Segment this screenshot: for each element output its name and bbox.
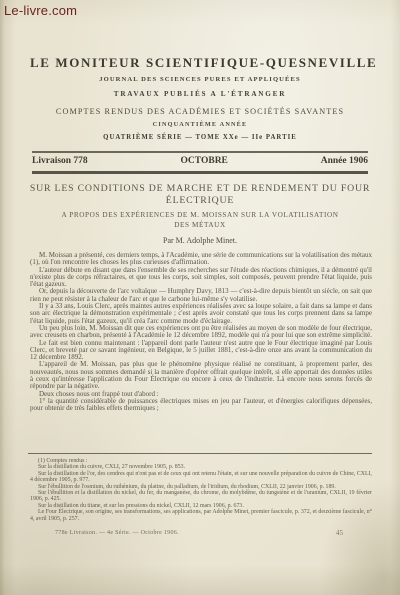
article-title-line2: ÉLECTRIQUE	[28, 195, 372, 207]
masthead: LE MONITEUR SCIENTIFIQUE-QUESNEVILLE JOU…	[30, 55, 370, 141]
thick-rule	[32, 171, 368, 174]
annee-line: CINQUANTIÈME ANNÉE	[30, 121, 370, 128]
paragraph: Le fait est bien connu maintenant : l'ap…	[30, 340, 372, 362]
top-rule	[32, 151, 368, 153]
footnote-line: Le Four Électrique, son origine, ses tra…	[30, 509, 372, 522]
page-number: 45	[336, 529, 343, 537]
paragraph: L'auteur débute en disant que dans l'ens…	[30, 267, 372, 289]
footnote-rule	[28, 453, 372, 454]
footer-issue-info: 778e Livraison. — 4e Série. — Octobre 19…	[55, 530, 179, 536]
journal-page: Le-livre.com LE MONITEUR SCIENTIFIQUE-QU…	[0, 0, 400, 595]
footnote-line: Sur l'ébullition et la distillation du n…	[30, 490, 372, 503]
journal-title: LE MONITEUR SCIENTIFIQUE-QUESNEVILLE	[30, 55, 370, 71]
paragraph: Un peu plus loin, M. Moissan dit que ces…	[30, 325, 372, 340]
paragraph: L'appareil de M. Moissan, pas plus que l…	[30, 361, 372, 390]
watermark-text: Le-livre.com	[4, 3, 77, 18]
paragraph: M. Moissan a présenté, ces derniers temp…	[30, 252, 372, 267]
article-title-line1: SUR LES CONDITIONS DE MARCHE ET DE RENDE…	[28, 183, 372, 195]
issue-month: OCTOBRE	[181, 156, 228, 166]
paragraph: 1° la quantité considérable de puissance…	[30, 398, 372, 413]
serie-line: QUATRIÈME SÉRIE — TOME XXe — IIe PARTIE	[30, 134, 370, 141]
article-subtitle-line2: DES MÉTAUX	[28, 221, 372, 231]
paragraph: Il y a 33 ans, Louis Clerc, après mainte…	[30, 303, 372, 325]
article-byline: Par M. Adolphe Minet.	[28, 236, 372, 245]
article-body: M. Moissan a présenté, ces derniers temp…	[30, 252, 372, 452]
footnotes: (1) Comptes rendus : Sur la distillation…	[30, 458, 372, 528]
article-subtitle-line1: A PROPOS DES EXPÉRIENCES DE M. MOISSAN S…	[28, 211, 372, 221]
issue-year: Année 1906	[321, 156, 368, 166]
travaux-line: TRAVAUX PUBLIÉS A L'ÉTRANGER	[30, 90, 370, 98]
comptes-rendus-line: COMPTES RENDUS DES ACADÉMIES ET SOCIÉTÉS…	[30, 107, 370, 116]
journal-subtitle: JOURNAL DES SCIENCES PURES ET APPLIQUÉES	[30, 76, 370, 83]
issue-bar: Livraison 778 OCTOBRE Année 1906	[32, 156, 368, 166]
footnote-line: Sur la distillation de l'or, des cendres…	[30, 471, 372, 484]
article-title: SUR LES CONDITIONS DE MARCHE ET DE RENDE…	[28, 183, 372, 207]
paragraph: Or, depuis la découverte de l'arc voltaï…	[30, 288, 372, 303]
article-subtitle: A PROPOS DES EXPÉRIENCES DE M. MOISSAN S…	[28, 211, 372, 230]
livraison-number: Livraison 778	[32, 156, 88, 166]
